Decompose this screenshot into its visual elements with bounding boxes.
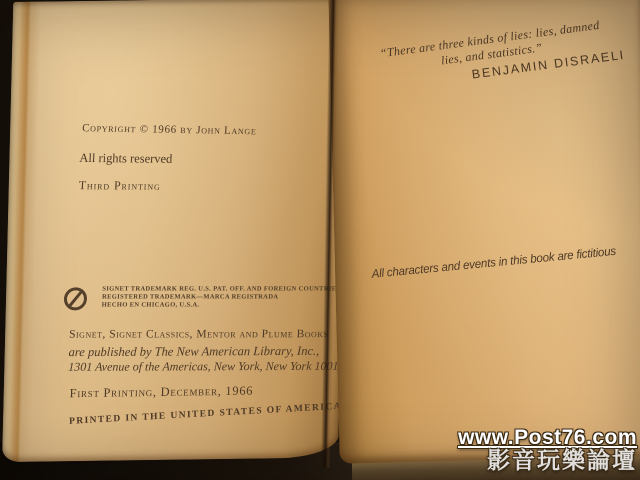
rights-line: All rights reserved	[79, 151, 173, 167]
publisher-line: are published by The New American Librar…	[68, 344, 319, 360]
printing-line: Third Printing	[78, 178, 161, 194]
fiction-disclaimer-line: All characters and events in this book a…	[371, 244, 617, 281]
signet-logo-icon	[64, 287, 88, 310]
watermark-forum-name: 影音玩樂論壇	[458, 449, 637, 472]
first-printing-line: First Printing, December, 1966	[69, 384, 253, 402]
address-line: 1301 Avenue of the Americas, New York, N…	[68, 359, 345, 375]
epigraph-quote: “There are three kinds of lies: lies, da…	[358, 15, 626, 96]
watermark: www.Post76.com 影音玩樂論壇	[458, 427, 637, 472]
trademark-line-2: REGISTERED TRADEMARK—MARCA REGISTRADA	[102, 293, 340, 301]
watermark-url: www.Post76.com	[458, 427, 637, 448]
signet-logo-slash	[68, 291, 82, 308]
epigraph-page: “There are three kinds of lies: lies, da…	[328, 0, 640, 464]
open-book-photo: Copyright © 1966 by John Lange All right…	[0, 0, 640, 480]
imprints-line: Signet, Signet Classics, Mentor and Plum…	[69, 328, 329, 340]
copyright-page: Copyright © 1966 by John Lange All right…	[2, 0, 349, 462]
trademark-line-1: SIGNET TRADEMARK REG. U.S. PAT. OFF. AND…	[102, 285, 340, 293]
printed-in-usa-line: PRINTED IN THE UNITED STATES OF AMERICA	[69, 402, 342, 427]
trademark-block: SIGNET TRADEMARK REG. U.S. PAT. OFF. AND…	[64, 285, 341, 310]
copyright-line: Copyright © 1966 by John Lange	[82, 122, 257, 137]
trademark-line-3: HECHO EN CHICAGO, U.S.A.	[102, 301, 340, 309]
trademark-lines: SIGNET TRADEMARK REG. U.S. PAT. OFF. AND…	[102, 285, 341, 308]
